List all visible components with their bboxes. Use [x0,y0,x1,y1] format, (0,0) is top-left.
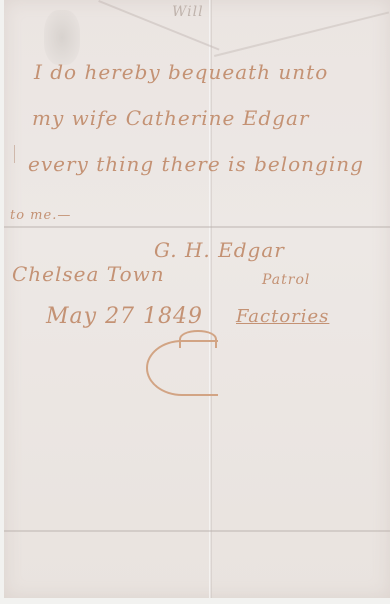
body-line: to me.— [10,208,71,223]
embossed-seal [44,10,80,65]
body-line: my wife Catherine Edgar [32,106,309,130]
body-line: every thing there is belonging [28,152,364,176]
date: May 27 1849 [46,304,203,329]
role-label: Patrol [262,272,310,288]
margin-mark [14,145,15,163]
signature: G. H. Edgar [154,238,285,262]
horizontal-fold-line [4,530,390,532]
location-note: Factories [236,306,329,327]
place-name: Chelsea Town [12,262,165,286]
horizontal-fold-line [4,226,390,228]
body-line: I do hereby bequeath unto [34,60,328,84]
document-heading: Will [172,4,204,20]
vertical-fold-line [209,0,212,598]
flourish-icon [146,340,218,396]
diagonal-crease [214,11,389,56]
document-page: Will I do hereby bequeath unto my wife C… [4,0,390,598]
